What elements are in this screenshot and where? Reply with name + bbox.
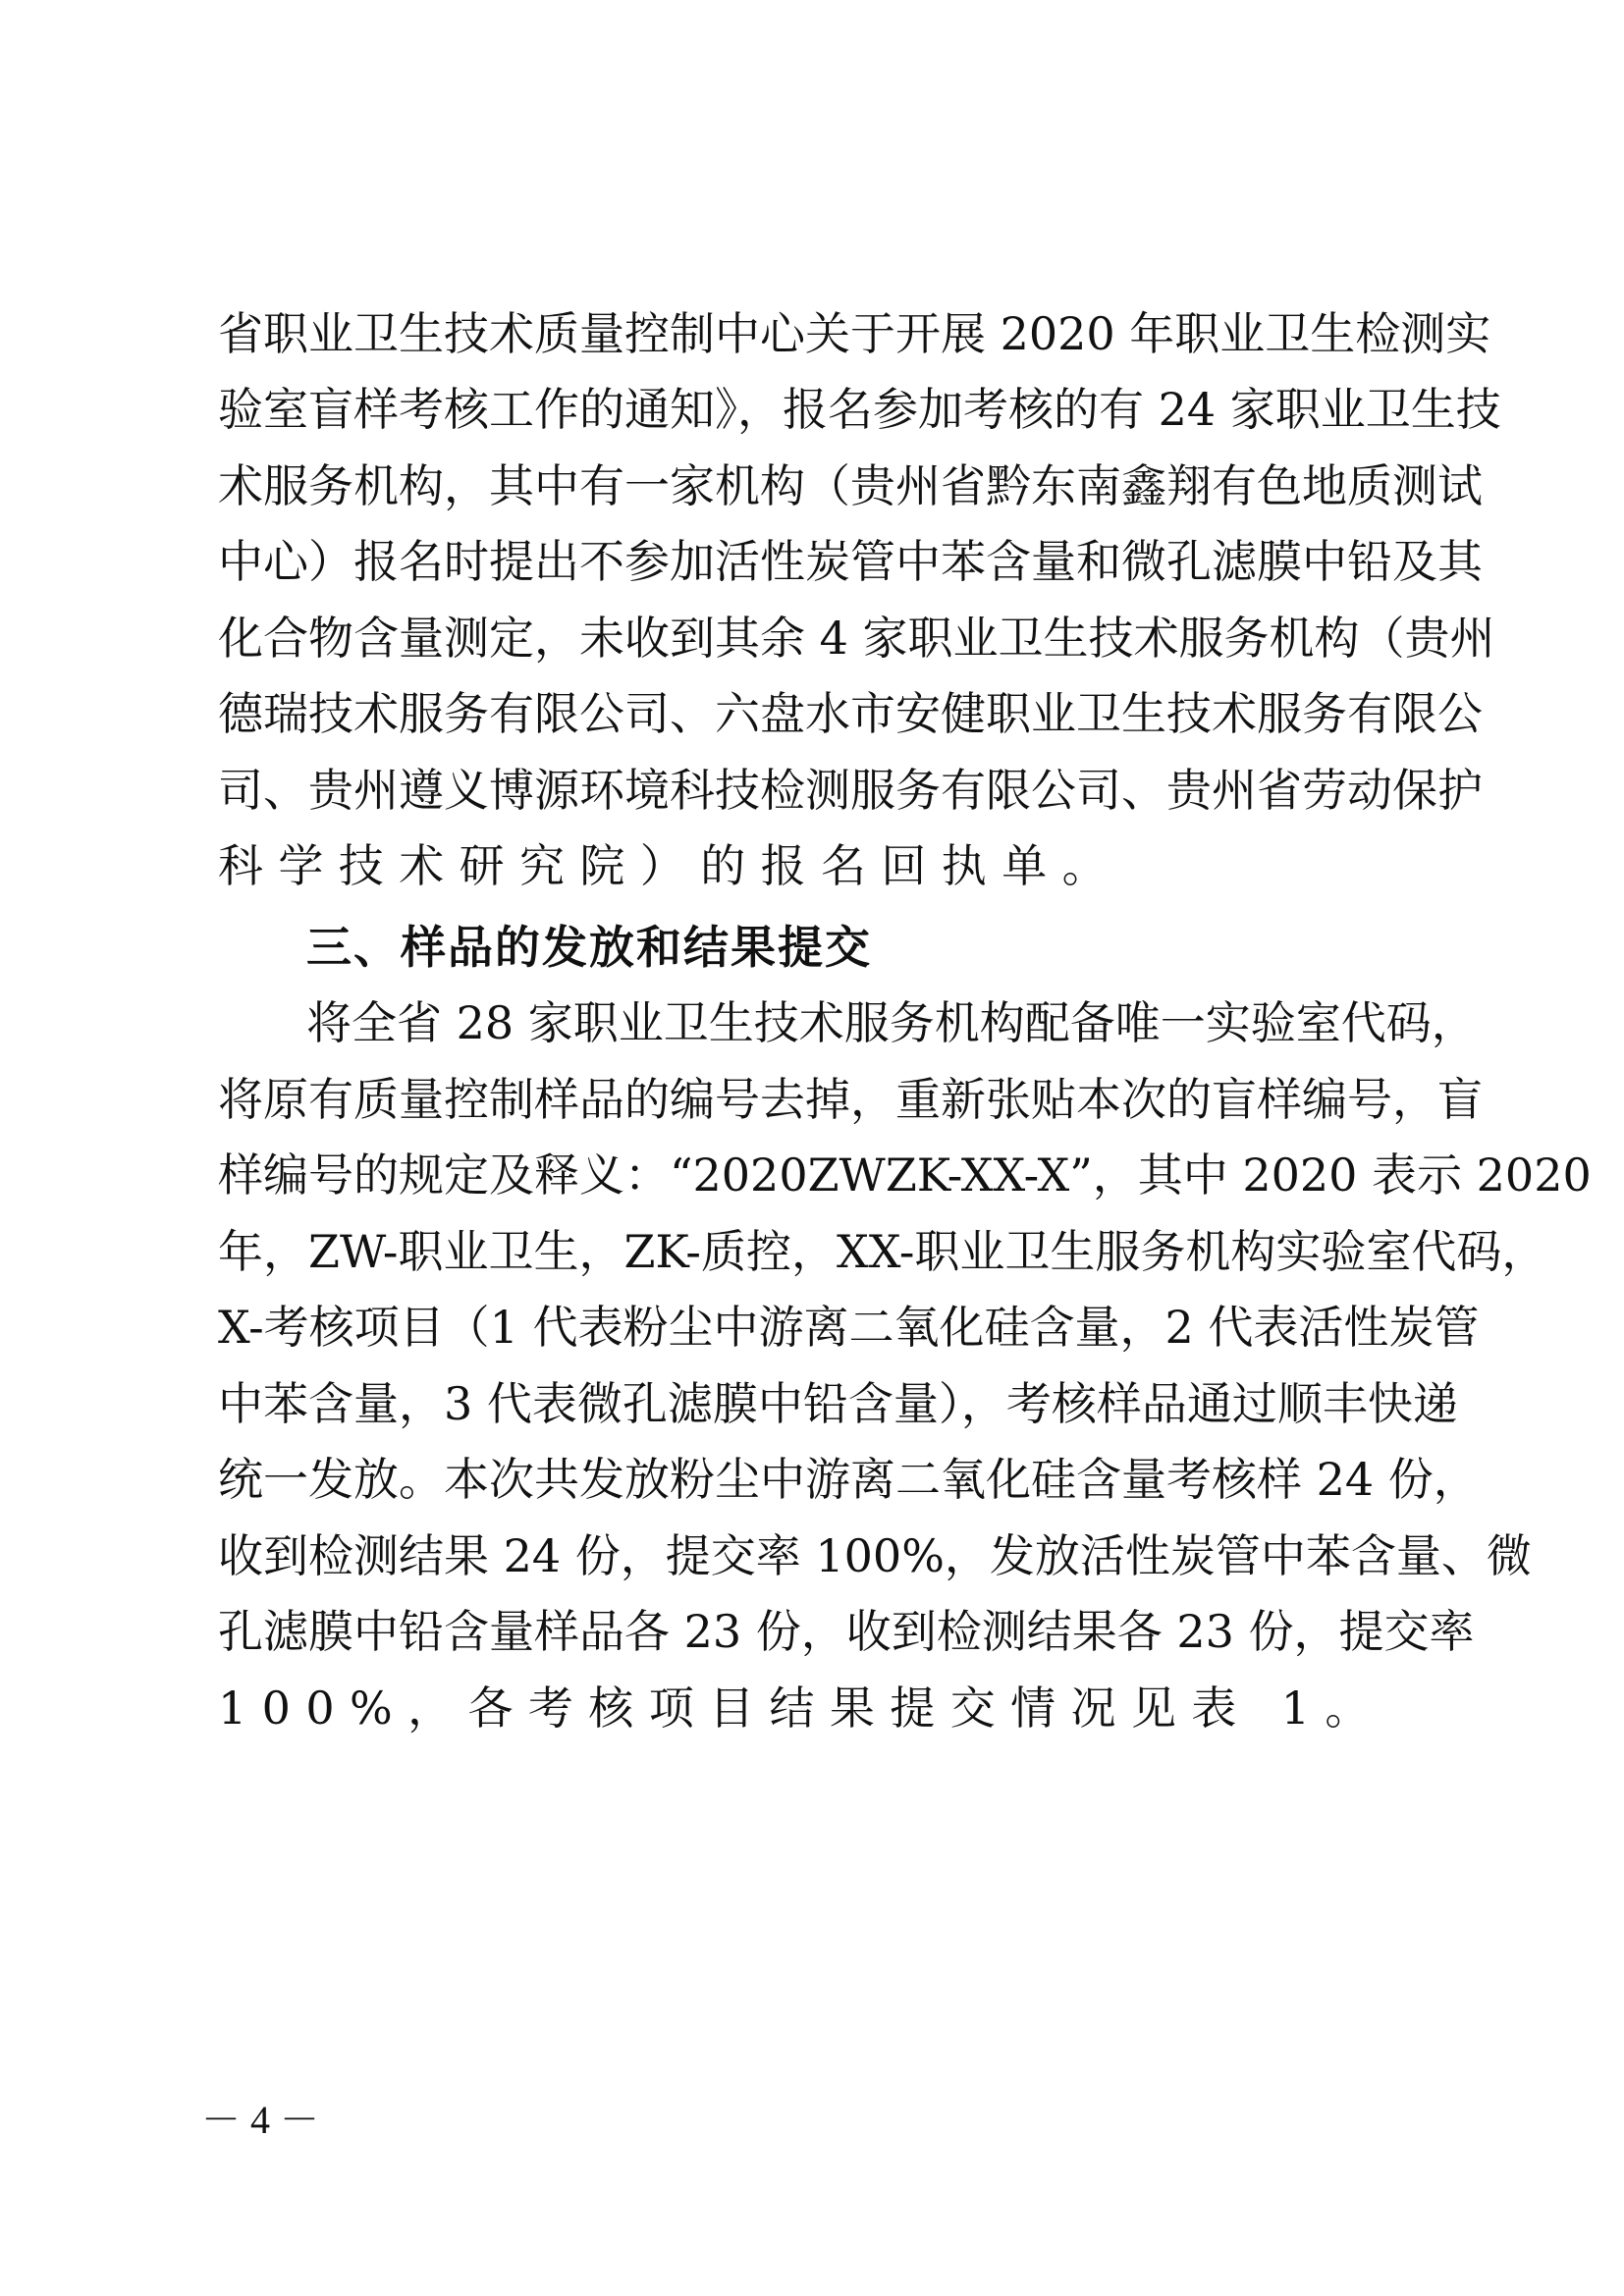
paragraph-line: 100%，各考核项目结果提交情况见表 1。 bbox=[218, 1679, 1420, 1737]
paragraph-line: 科学技术研究院）的报名回执单。 bbox=[218, 836, 1420, 895]
paragraph-line: 司、贵州遵义博源环境科技检测服务有限公司、贵州省劳动保护 bbox=[218, 761, 1420, 820]
paragraph-line: 将全省 28 家职业卫生技术服务机构配备唯一实验室代码， bbox=[306, 993, 1420, 1052]
paragraph-line: 收到检测结果 24 份，提交率 100%，发放活性炭管中苯含量、微 bbox=[218, 1526, 1420, 1585]
paragraph-line: 中心）报名时提出不参加活性炭管中苯含量和微孔滤膜中铅及其 bbox=[218, 532, 1420, 591]
paragraph-line: 省职业卫生技术质量控制中心关于开展 2020 年职业卫生检测实 bbox=[218, 304, 1420, 363]
paragraph-line: 将原有质量控制样品的编号去掉，重新张贴本次的盲样编号，盲 bbox=[218, 1070, 1420, 1129]
paragraph-line: 化合物含量测定，未收到其余 4 家职业卫生技术服务机构（贵州 bbox=[218, 609, 1420, 667]
paragraph-line: 验室盲样考核工作的通知》，报名参加考核的有 24 家职业卫生技 bbox=[218, 380, 1420, 439]
document-page: 省职业卫生技术质量控制中心关于开展 2020 年职业卫生检测实 验室盲样考核工作… bbox=[0, 0, 1624, 2296]
paragraph-line: 中苯含量，3 代表微孔滤膜中铅含量），考核样品通过顺丰快递 bbox=[218, 1374, 1420, 1433]
paragraph-line: 术服务机构，其中有一家机构（贵州省黔东南鑫翔有色地质测试 bbox=[218, 456, 1420, 515]
paragraph-line: 孔滤膜中铅含量样品各 23 份，收到检测结果各 23 份，提交率 bbox=[218, 1602, 1420, 1661]
section-heading: 三、样品的发放和结果提交 bbox=[306, 918, 872, 977]
paragraph-line: 统一发放。本次共发放粉尘中游离二氧化硅含量考核样 24 份， bbox=[218, 1450, 1420, 1509]
paragraph-line: X-考核项目（1 代表粉尘中游离二氧化硅含量，2 代表活性炭管 bbox=[218, 1298, 1420, 1357]
paragraph-line: 年，ZW-职业卫生，ZK-质控，XX-职业卫生服务机构实验室代码， bbox=[218, 1222, 1420, 1281]
paragraph-line: 德瑞技术服务有限公司、六盘水市安健职业卫生技术服务有限公 bbox=[218, 684, 1420, 743]
page-number: － 4 － bbox=[201, 2099, 319, 2142]
paragraph-line: 样编号的规定及释义：“2020ZWZK-XX-X”，其中 2020 表示 202… bbox=[218, 1146, 1420, 1204]
